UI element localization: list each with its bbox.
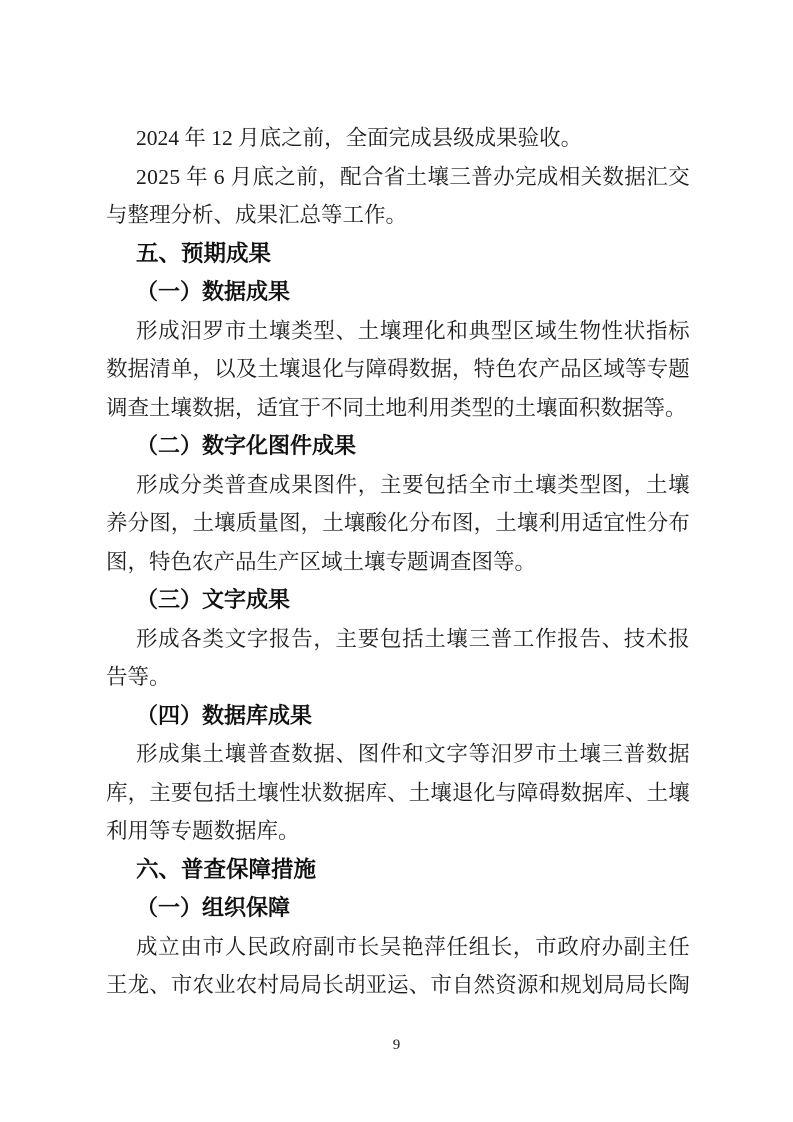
subsection-heading: （一）数据成果 (106, 273, 690, 312)
text-line: 数据清单，以及土壤退化与障碍数据，特色农产品区域等专题 (106, 350, 690, 389)
text-line: 养分图，土壤质量图，土壤酸化分布图，土壤利用适宜性分布 (106, 504, 690, 543)
subsection-heading: （四）数据库成果 (106, 697, 690, 736)
subsection-heading: （二）数字化图件成果 (106, 427, 690, 466)
text-line: 库，主要包括土壤性状数据库、土壤退化与障碍数据库、土壤 (106, 774, 690, 813)
document-body: 2024 年 12 月底之前，全面完成县级成果验收。2025 年 6 月底之前，… (106, 119, 690, 1005)
subsection-heading: （一）组织保障 (106, 889, 690, 928)
text-line: 王龙、市农业农村局局长胡亚运、市自然资源和规划局局长陶 (106, 966, 690, 1005)
text-line: 2025 年 6 月底之前，配合省土壤三普办完成相关数据汇交 (106, 158, 690, 197)
text-line: 形成分类普查成果图件，主要包括全市土壤类型图，土壤 (106, 466, 690, 505)
text-line: 形成汨罗市土壤类型、土壤理化和典型区域生物性状指标 (106, 312, 690, 351)
text-line: 告等。 (106, 658, 690, 697)
page-number: 9 (0, 1034, 793, 1056)
text-line: 成立由市人民政府副市长吴艳萍任组长，市政府办副主任 (106, 928, 690, 967)
subsection-heading: （三）文字成果 (106, 581, 690, 620)
text-line: 调查土壤数据，适宜于不同土地利用类型的土壤面积数据等。 (106, 389, 690, 428)
text-line: 2024 年 12 月底之前，全面完成县级成果验收。 (106, 119, 690, 158)
document-page: 2024 年 12 月底之前，全面完成县级成果验收。2025 年 6 月底之前，… (0, 0, 793, 1122)
text-line: 形成各类文字报告，主要包括土壤三普工作报告、技术报 (106, 620, 690, 659)
text-line: 与整理分析、成果汇总等工作。 (106, 196, 690, 235)
text-line: 图，特色农产品生产区域土壤专题调查图等。 (106, 543, 690, 582)
text-line: 利用等专题数据库。 (106, 812, 690, 851)
section-heading: 六、普查保障措施 (106, 851, 690, 890)
text-line: 形成集土壤普查数据、图件和文字等汨罗市土壤三普数据 (106, 735, 690, 774)
section-heading: 五、预期成果 (106, 235, 690, 274)
